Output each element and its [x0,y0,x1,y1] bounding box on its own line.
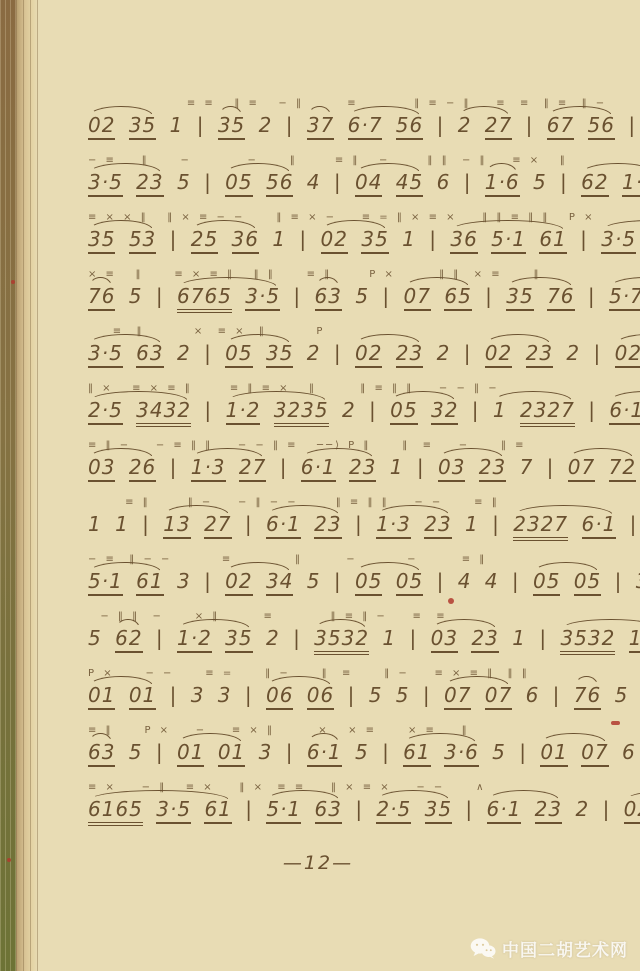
notation-row: 01 01 | 3 3 | 06 06 | 5 5 | 07 07 6 | 76… [88,683,610,707]
page-number: —12— [88,852,548,874]
page-edges [16,0,38,971]
notation-row: 63 5 | 01 01 3 | 6·1 5 | 61 3·6 5 | 01 0… [88,740,610,764]
notation-row: 35 53 | 25 36 1 | 02 35 1 | 36 5·1 61 | … [88,227,610,251]
music-line-4: × ≡ ‖ ≡ × ≡ ‖ ‖ ‖ ≡ ‖ P × ‖ ‖ × ≡ ‖76 5 … [88,269,610,326]
notation-row: 6165 3·5 61 | 5·1 63 | 2·5 35 | 6·1 23 2… [88,797,610,821]
music-line-5: ≡ ‖ × ≡ × ‖ P3·5 63 2 | 05 35 2 | 02 23 … [88,326,610,383]
music-line-7: ≡ ‖ − − ≡ ‖ ‖ − − ‖ ≡ ──⟩ P ‖ ‖ ≡ − ‖ ≡0… [88,440,610,497]
notation-row: 02 35 1 | 35 2 | 37 6·7 56 | 2 27 | 67 5… [88,113,610,137]
watermark-text: 中国二胡艺术网 [502,936,628,961]
notation-row: 1 1 | 13 27 | 6·1 23 | 1·3 23 1 | 2327 6… [88,512,610,536]
red-ink-fleck [7,858,11,862]
scanned-sheet-music-page: ≡ ≡ ‖ ≡ − ‖ ≡ ‖ ≡ − ‖ ≡ ≡ ‖ ≡ ‖ −02 35 1… [0,0,640,971]
music-line-3: ≡ × × ‖ ‖ × ≡ − − ‖ ≡ × − ≡ = ‖ × ≡ × ‖ … [88,212,610,269]
bowing-fingering-marks: − ≡ ‖ − − ≡ ‖ − − ≡ ‖ [88,554,610,569]
music-line-11: P × − − ≡ = ‖ − ‖ ≡ ‖ − ≡ × ≡ ‖ ‖ ‖01 01… [88,668,610,725]
music-line-13: ≡ × − ‖ ≡ × ‖ × ≡ ≡ ‖ × ≡ × − − ∧6165 3·… [88,782,610,839]
music-line-1: ≡ ≡ ‖ ≡ − ‖ ≡ ‖ ≡ − ‖ ≡ ≡ ‖ ≡ ‖ −02 35 1… [88,98,610,155]
bowing-fingering-marks: ≡ ‖ P × − ≡ × ‖ × × ≡ × ≡ ‖ [88,725,610,740]
music-line-12: ≡ ‖ P × − ≡ × ‖ × × ≡ × ≡ ‖63 5 | 01 01 … [88,725,610,782]
score-area: ≡ ≡ ‖ ≡ − ‖ ≡ ‖ ≡ − ‖ ≡ ≡ ‖ ≡ ‖ −02 35 1… [88,98,610,839]
notation-row: 2·5 3432 | 1·2 3235 2 | 05 32 | 1 2327 |… [88,398,610,422]
bowing-fingering-marks: ≡ ≡ ‖ ≡ − ‖ ≡ ‖ ≡ − ‖ ≡ ≡ ‖ ≡ ‖ − [88,98,610,113]
wechat-icon [470,938,496,959]
notation-row: 76 5 | 6765 3·5 | 63 5 | 07 65 | 35 76 |… [88,284,610,308]
watermark: 中国二胡艺术网 [470,936,628,961]
red-ink-fleck [11,280,15,284]
red-ink-fleck [448,598,454,604]
music-line-10: − ‖ ‖ − × ‖ ≡ ‖ ≡ ‖ − ≡ ≡5 62 | 1·2 35 2… [88,611,610,668]
bowing-fingering-marks: − ≡ ‖ − − ‖ ≡ ‖ − ‖ ‖ − ‖ ≡ × ‖ [88,155,610,170]
music-line-9: − ≡ ‖ − − ≡ ‖ − − ≡ ‖5·1 61 3 | 02 34 5 … [88,554,610,611]
notation-row: 3·5 63 2 | 05 35 2 | 02 23 2 | 02 23 2 |… [88,341,610,365]
bowing-fingering-marks: P × − − ≡ = ‖ − ‖ ≡ ‖ − ≡ × ≡ ‖ ‖ ‖ [88,668,610,683]
music-line-8: ≡ ‖ ‖ − − ‖ − − ‖ ≡ ‖ ‖ − − ≡ ‖1 1 | 13 … [88,497,610,554]
music-line-6: ‖ × ≡ × ≡ ‖ ≡ ‖ ≡ × ‖ ‖ ≡ ‖ ‖ − − ‖ −2·5… [88,383,610,440]
notation-row: 5·1 61 3 | 02 34 5 | 05 05 | 4 4 | 05 05… [88,569,610,593]
music-line-2: − ≡ ‖ − − ‖ ≡ ‖ − ‖ ‖ − ‖ ≡ × ‖3·5 23 5 … [88,155,610,212]
notation-row: 5 62 | 1·2 35 2 | 3532 1 | 03 23 1 | 353… [88,626,610,650]
notation-row: 03 26 | 1·3 27 | 6·1 23 1 | 03 23 7 | 07… [88,455,610,479]
book-spine [0,0,16,971]
red-ink-fleck [611,721,620,725]
notation-row: 3·5 23 5 | 05 56 4 | 04 45 6 | 1·6 5 | 6… [88,170,610,194]
